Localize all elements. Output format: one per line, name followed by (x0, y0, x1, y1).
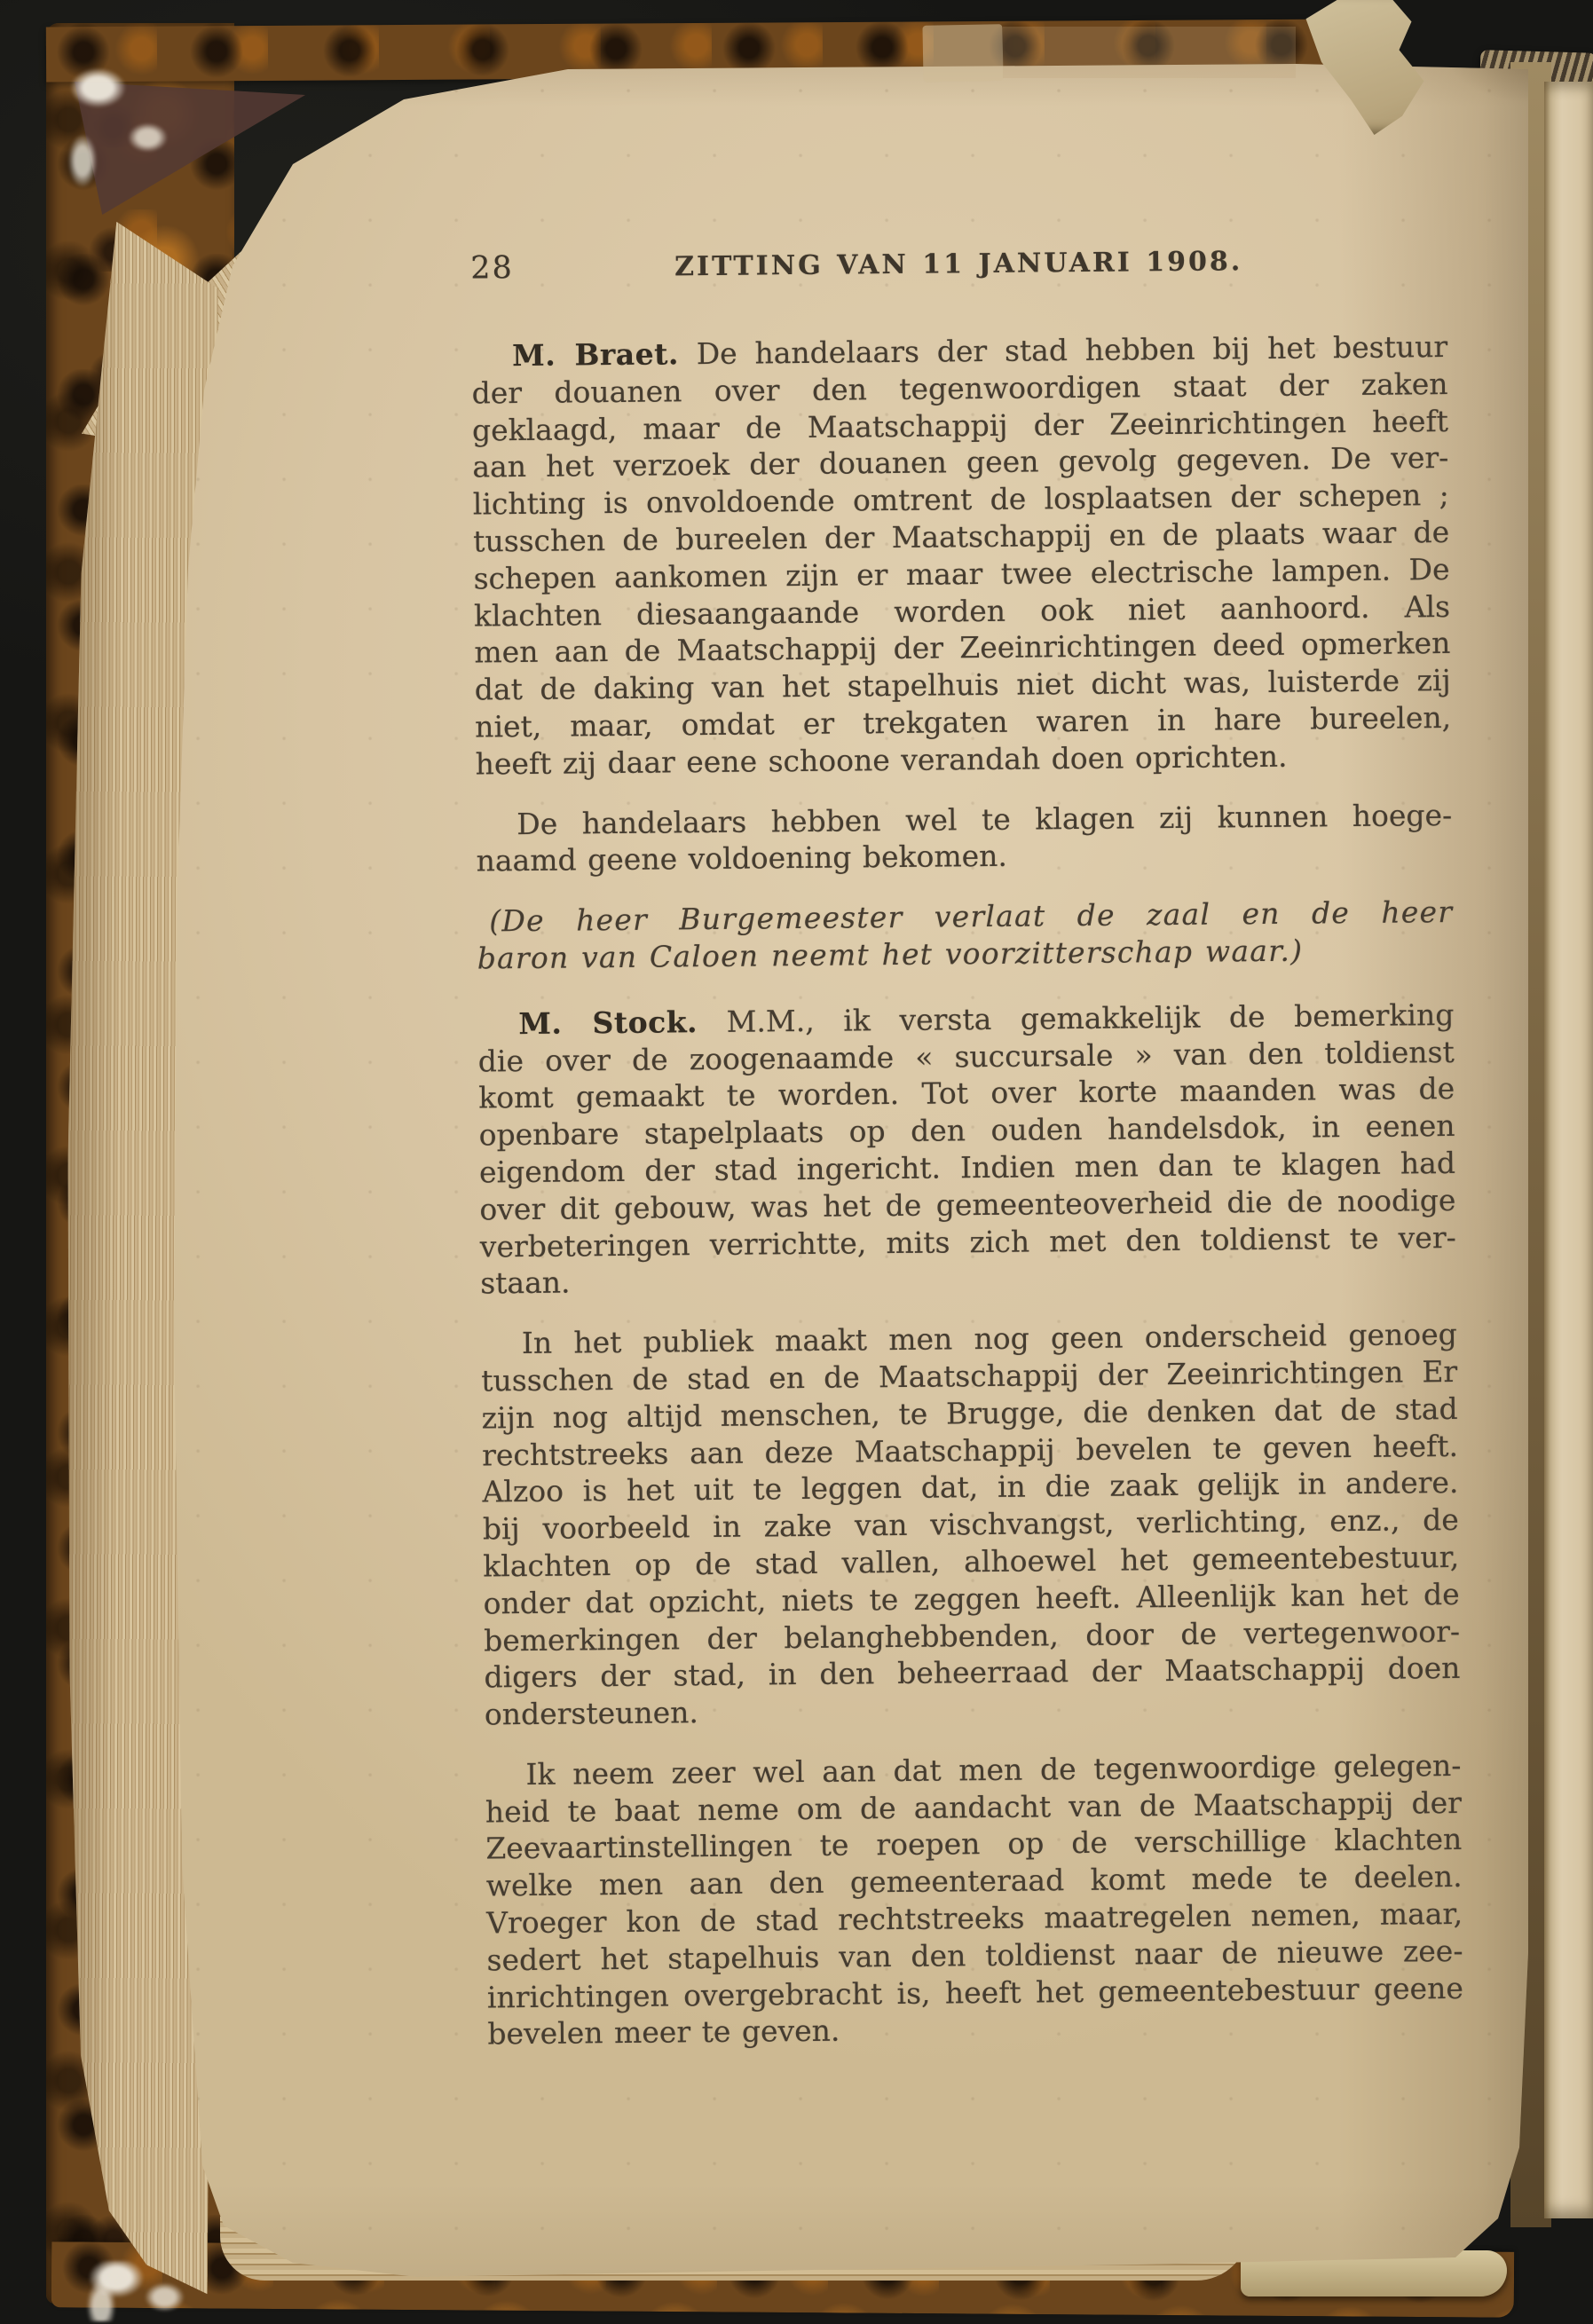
paragraph: Ik neem zeer wel aan dat men de tegenwoo… (485, 1747, 1463, 2053)
paragraph: (De heer Burgemeester verlaat de zaal en… (477, 894, 1454, 977)
text-block: M. Braet. De handelaars der stad hebben … (471, 328, 1464, 2053)
printed-text-block: 28 ZITTING VAN 11 JANUARI 1908. M. Braet… (470, 241, 1464, 2076)
facing-page-edge (1544, 82, 1593, 2218)
paragraph: In het publiek maakt men nog geen onders… (481, 1316, 1461, 1733)
speaker-name: M. Braet. (512, 336, 679, 373)
page-header: 28 ZITTING VAN 11 JANUARI 1908. (470, 241, 1447, 292)
frayed-threads-top-left (51, 44, 207, 200)
paragraph: M. Braet. De handelaars der stad hebben … (471, 328, 1452, 783)
tape-residue-wide (1003, 27, 1296, 78)
paragraph: M. Stock. M.M., ik versta gemakkelijk de… (477, 997, 1456, 1303)
tape-residue (922, 24, 1003, 83)
speaker-name: M. Stock. (518, 1004, 698, 1041)
paragraph: De handelaars hebben wel te klagen zij k… (476, 797, 1453, 880)
scanned-book-photo: 28 ZITTING VAN 11 JANUARI 1908. M. Braet… (0, 0, 1593, 2324)
page-number: 28 (470, 250, 514, 288)
